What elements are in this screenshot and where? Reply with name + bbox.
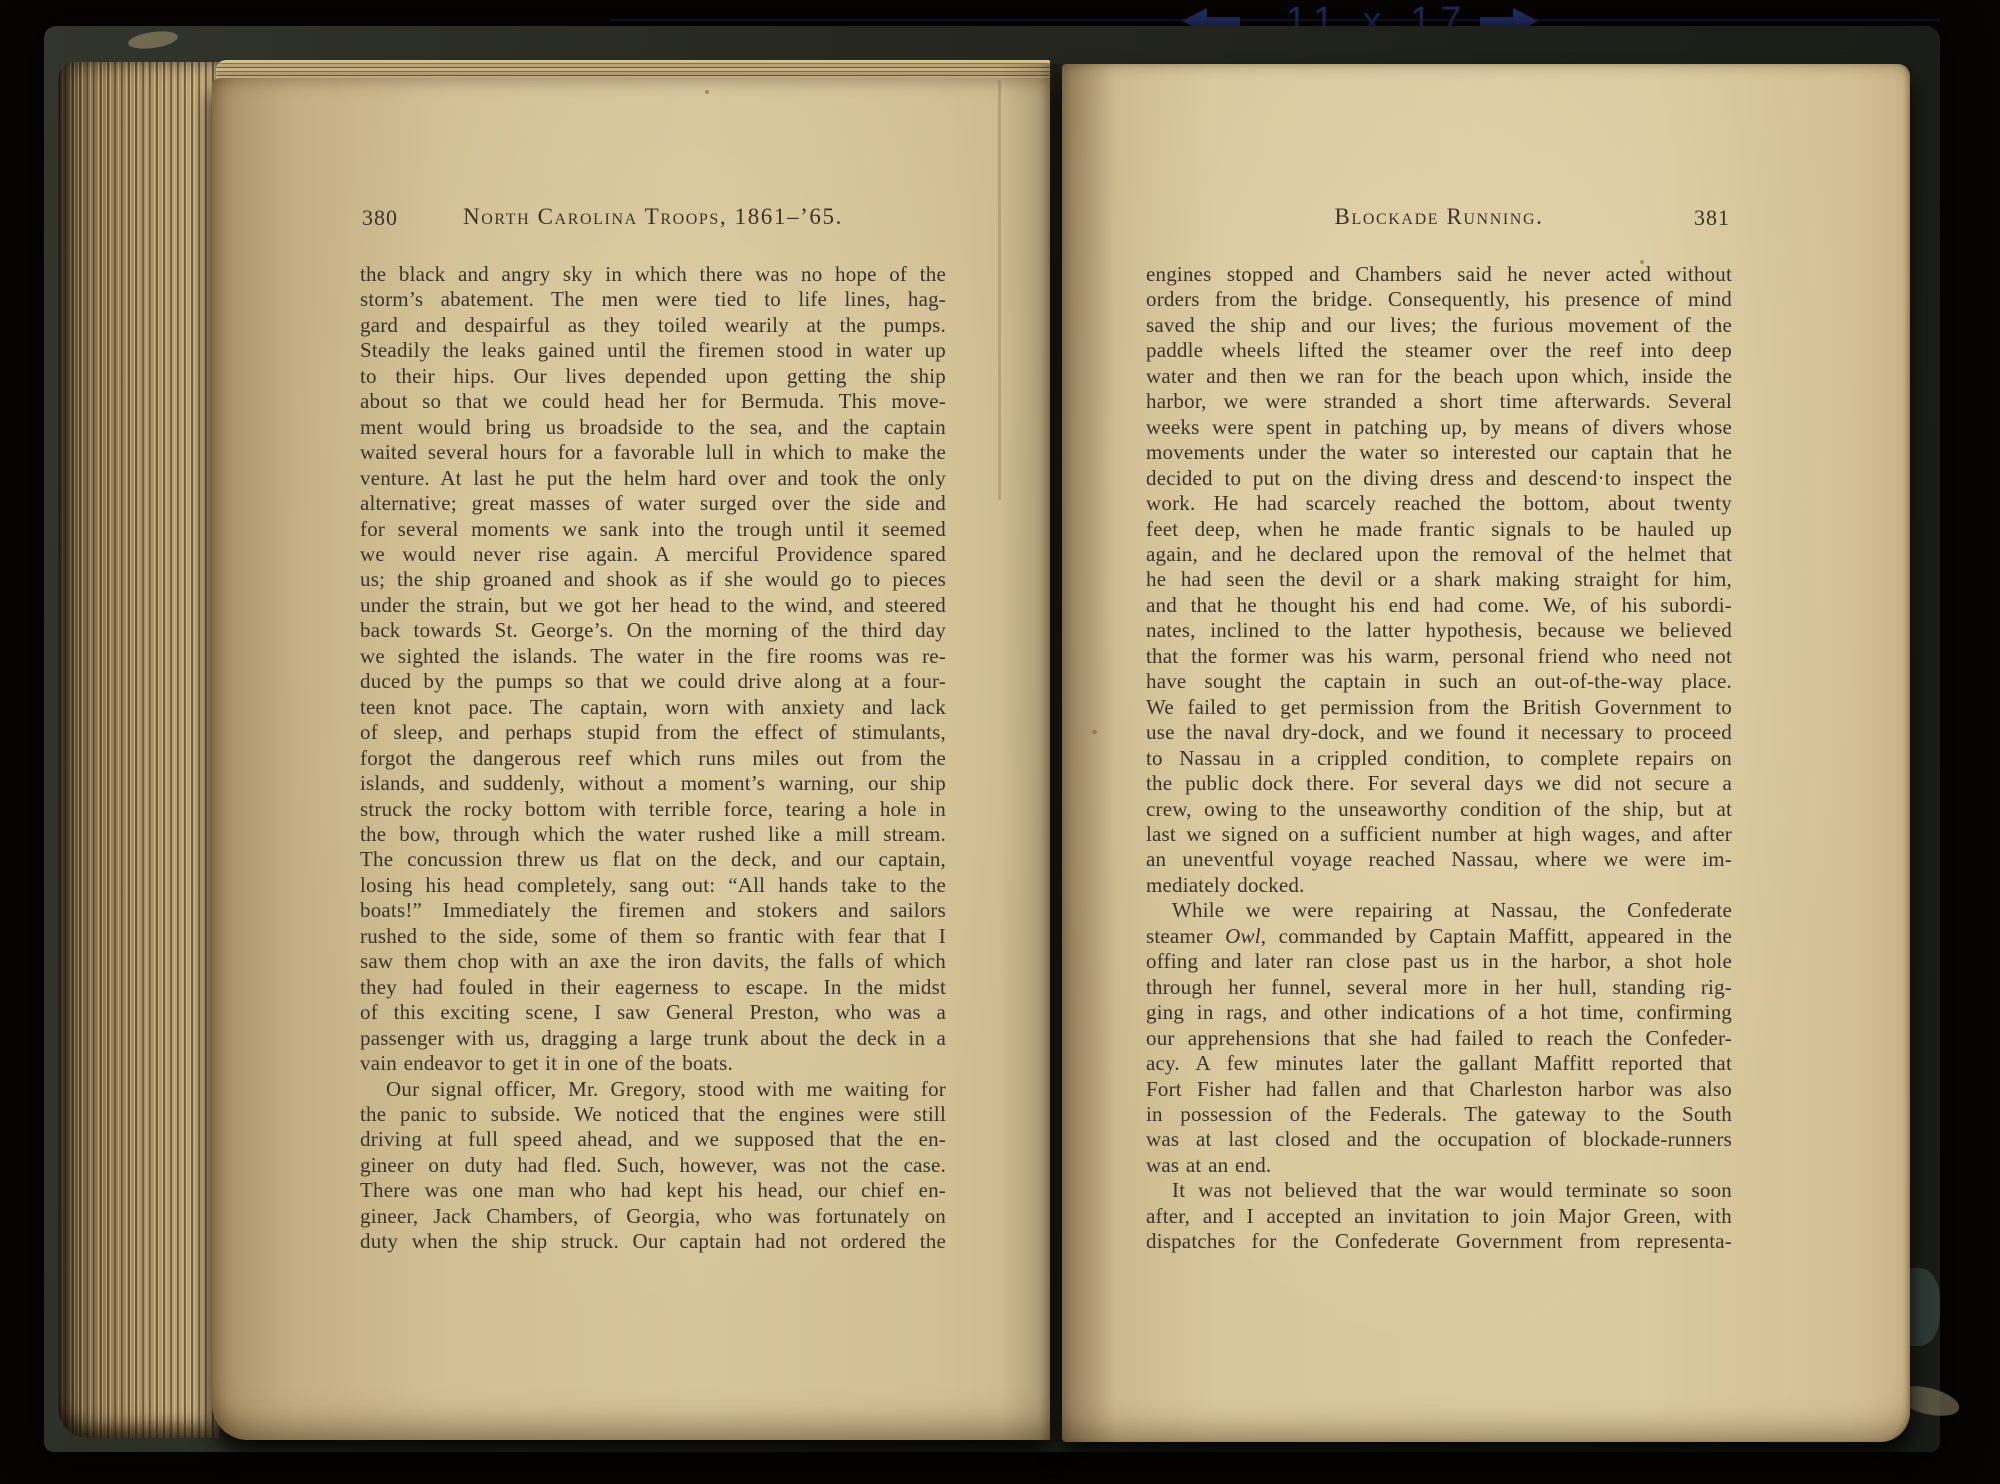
text-line: crew, owing to the unseaworthy condition… xyxy=(1146,797,1732,822)
book-scan: 11 x 17 380 North Carolina Troops, 1861–… xyxy=(0,0,2000,1484)
text-line: to their hips. Our lives depended upon g… xyxy=(360,364,946,389)
text-line: paddle wheels lifted the steamer over th… xyxy=(1146,338,1732,363)
text-line: duty when the ship struck. Our captain h… xyxy=(360,1229,946,1254)
text-line: the black and angry sky in which there w… xyxy=(360,262,946,287)
text-line: mediately docked. xyxy=(1146,873,1732,898)
running-header: Blockade Running. xyxy=(1146,204,1732,230)
text-line: for several moments we sank into the tro… xyxy=(360,517,946,542)
left-page-header: 380 North Carolina Troops, 1861–’65. xyxy=(360,204,946,238)
text-line: teen knot pace. The captain, worn with a… xyxy=(360,695,946,720)
text-line: dispatches for the Confederate Governmen… xyxy=(1146,1229,1732,1254)
running-header: North Carolina Troops, 1861–’65. xyxy=(360,204,946,230)
text-line: struck the rocky bottom with terrible fo… xyxy=(360,797,946,822)
text-line: was at an end. xyxy=(1146,1153,1732,1178)
text-line: gard and despairful as they toiled weari… xyxy=(360,313,946,338)
paper-speck xyxy=(1640,260,1644,264)
left-page-content: 380 North Carolina Troops, 1861–’65. the… xyxy=(360,204,946,1255)
paragraph: engines stopped and Chambers said he nev… xyxy=(1146,262,1732,898)
text-line: the panic to subside. We noticed that th… xyxy=(360,1102,946,1127)
text-line: acy. A few minutes later the gallant Maf… xyxy=(1146,1051,1732,1076)
text-line: they had fouled in their eagerness to es… xyxy=(360,975,946,1000)
text-line: We failed to get permission from the Bri… xyxy=(1146,695,1732,720)
arrow-stem xyxy=(1480,17,1514,26)
text-line: weeks were spent in patching up, by mean… xyxy=(1146,415,1732,440)
text-line: that the former was his warm, personal f… xyxy=(1146,644,1732,669)
text-line: through her funnel, several more in her … xyxy=(1146,975,1732,1000)
text-line: vain endeavor to get it in one of the bo… xyxy=(360,1051,946,1076)
text-line: gineer on duty had fled. Such, however, … xyxy=(360,1153,946,1178)
text-line: Steadily the leaks gained until the fire… xyxy=(360,338,946,363)
text-line: There was one man who had kept his head,… xyxy=(360,1178,946,1203)
text-line: use the naval dry-dock, and we found it … xyxy=(1146,720,1732,745)
paper-speck xyxy=(705,90,709,94)
text-line: alternative; great masses of water surge… xyxy=(360,491,946,516)
paragraph: It was not believed that the war would t… xyxy=(1146,1178,1732,1254)
text-line: saw them chop with an axe the iron davit… xyxy=(360,949,946,974)
text-line: gineer, Jack Chambers, of Georgia, who w… xyxy=(360,1204,946,1229)
arrow-stem xyxy=(1206,17,1240,26)
text-line: harbor, we were stranded a short time af… xyxy=(1146,389,1732,414)
right-page-content: Blockade Running. 381 engines stopped an… xyxy=(1146,204,1732,1255)
text-line: passenger with us, dragging a large trun… xyxy=(360,1026,946,1051)
text-line: islands, and suddenly, without a moment’… xyxy=(360,771,946,796)
text-line: us; the ship groaned and shook as if she… xyxy=(360,567,946,592)
text-line: nates, inclined to the latter hypothesis… xyxy=(1146,618,1732,643)
text-line: and that he thought his end had come. We… xyxy=(1146,593,1732,618)
text-line: storm’s abatement. The men were tied to … xyxy=(360,287,946,312)
text-line: waited several hours for a favorable lul… xyxy=(360,440,946,465)
text-line: back towards St. George’s. On the mornin… xyxy=(360,618,946,643)
text-line: the bow, through which the water rushed … xyxy=(360,822,946,847)
text-line: engines stopped and Chambers said he nev… xyxy=(1146,262,1732,287)
text-line: boats!” Immediately the firemen and stok… xyxy=(360,898,946,923)
text-line: movements under the water so interested … xyxy=(1146,440,1732,465)
page-edges xyxy=(58,62,220,1438)
left-page-text: the black and angry sky in which there w… xyxy=(360,262,946,1255)
text-line: ment would bring us broadside to the sea… xyxy=(360,415,946,440)
text-line: venture. At last he put the helm hard ov… xyxy=(360,466,946,491)
text-line: While we were repairing at Nassau, the C… xyxy=(1146,898,1732,923)
text-line: It was not believed that the war would t… xyxy=(1146,1178,1732,1203)
paragraph: While we were repairing at Nassau, the C… xyxy=(1146,898,1732,1178)
page-number: 380 xyxy=(362,205,398,231)
text-line: decided to put on the diving dress and d… xyxy=(1146,466,1732,491)
text-line: saved the ship and our lives; the furiou… xyxy=(1146,313,1732,338)
text-line: Our signal officer, Mr. Gregory, stood w… xyxy=(360,1077,946,1102)
text-line: Fort Fisher had fallen and that Charlest… xyxy=(1146,1077,1732,1102)
page-top-edges xyxy=(216,60,1050,80)
paragraph: Our signal officer, Mr. Gregory, stood w… xyxy=(360,1077,946,1255)
text-line: after, and I accepted an invitation to j… xyxy=(1146,1204,1732,1229)
text-line: under the strain, but we got her head to… xyxy=(360,593,946,618)
text-line: forgot the dangerous reef which runs mil… xyxy=(360,746,946,771)
text-line: in possession of the Federals. The gatew… xyxy=(1146,1102,1732,1127)
page-number: 381 xyxy=(1694,205,1730,231)
text-line: rushed to the side, some of them so fran… xyxy=(360,924,946,949)
text-line: orders from the bridge. Consequently, hi… xyxy=(1146,287,1732,312)
text-line: he had seen the devil or a shark making … xyxy=(1146,567,1732,592)
text-line: steamer Owl, commanded by Captain Maffit… xyxy=(1146,924,1732,949)
text-line: we sighted the islands. The water in the… xyxy=(360,644,946,669)
text-line: driving at full speed ahead, and we supp… xyxy=(360,1127,946,1152)
text-line: ging in rags, and other indications of a… xyxy=(1146,1000,1732,1025)
right-page-text: engines stopped and Chambers said he nev… xyxy=(1146,262,1732,1255)
text-line: of sleep, and perhaps stupid from the ef… xyxy=(360,720,946,745)
text-line: feet deep, when he made frantic signals … xyxy=(1146,517,1732,542)
paper-speck xyxy=(1092,730,1097,734)
text-line: of this exciting scene, I saw General Pr… xyxy=(360,1000,946,1025)
text-line: offing and later ran close past us in th… xyxy=(1146,949,1732,974)
text-line: about so that we could head her for Berm… xyxy=(360,389,946,414)
text-line: last we signed on a sufficient number at… xyxy=(1146,822,1732,847)
text-line: water and then we ran for the beach upon… xyxy=(1146,364,1732,389)
text-line: The concussion threw us flat on the deck… xyxy=(360,847,946,872)
text-line: have sought the captain in such an out-o… xyxy=(1146,669,1732,694)
text-line: duced by the pumps so that we could driv… xyxy=(360,669,946,694)
text-line: to Nassau in a crippled condition, to co… xyxy=(1146,746,1732,771)
text-line: our apprehensions that she had failed to… xyxy=(1146,1026,1732,1051)
text-line: work. He had scarcely reached the bottom… xyxy=(1146,491,1732,516)
right-page-header: Blockade Running. 381 xyxy=(1146,204,1732,238)
text-line: was at last closed and the occupation of… xyxy=(1146,1127,1732,1152)
paragraph: the black and angry sky in which there w… xyxy=(360,262,946,1077)
text-line: again, and he declared upon the removal … xyxy=(1146,542,1732,567)
text-line: we would never rise again. A merciful Pr… xyxy=(360,542,946,567)
text-line: losing his head completely, sang out: “A… xyxy=(360,873,946,898)
text-line: the public dock there. For several days … xyxy=(1146,771,1732,796)
text-line: an uneventful voyage reached Nassau, whe… xyxy=(1146,847,1732,872)
